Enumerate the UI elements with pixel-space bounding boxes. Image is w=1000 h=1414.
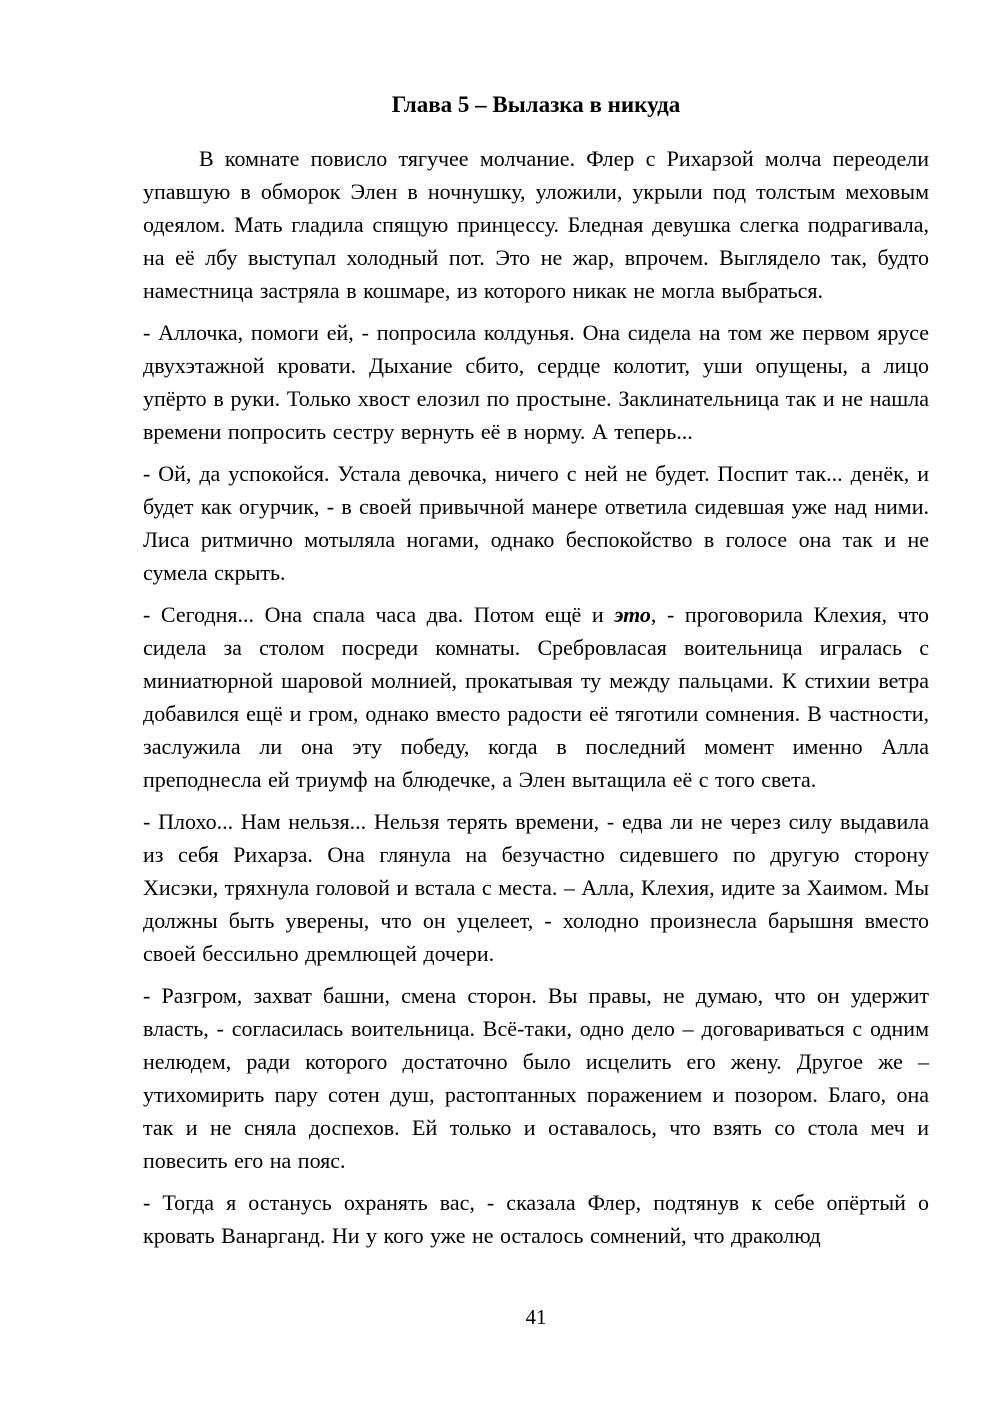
paragraph-5: - Плохо... Нам нельзя... Нельзя терять в… (143, 805, 929, 970)
paragraph-3: - Ой, да успокойся. Устала девочка, ниче… (143, 457, 929, 589)
page-number: 41 (143, 1303, 929, 1331)
paragraph-4-emphasized-word: это (614, 602, 651, 627)
paragraph-2: - Аллочка, помоги ей, - попросила колдун… (143, 316, 929, 448)
chapter-title: Глава 5 – Вылазка в никуда (143, 88, 929, 121)
paragraph-4: - Сегодня... Она спала часа два. Потом е… (143, 598, 929, 796)
paragraph-1: В комнате повисло тягучее молчание. Флер… (143, 142, 929, 307)
paragraph-7: - Тогда я останусь охранять вас, - сказа… (143, 1186, 929, 1252)
paragraph-4-text-after: , - проговорила Клехия, что сидела за ст… (143, 602, 929, 792)
paragraph-6: - Разгром, захват башни, смена сторон. В… (143, 979, 929, 1177)
document-page: Глава 5 – Вылазка в никуда В комнате пов… (0, 0, 1000, 1414)
text-column: Глава 5 – Вылазка в никуда В комнате пов… (143, 88, 929, 1261)
paragraph-4-text-before: - Сегодня... Она спала часа два. Потом е… (143, 602, 614, 627)
